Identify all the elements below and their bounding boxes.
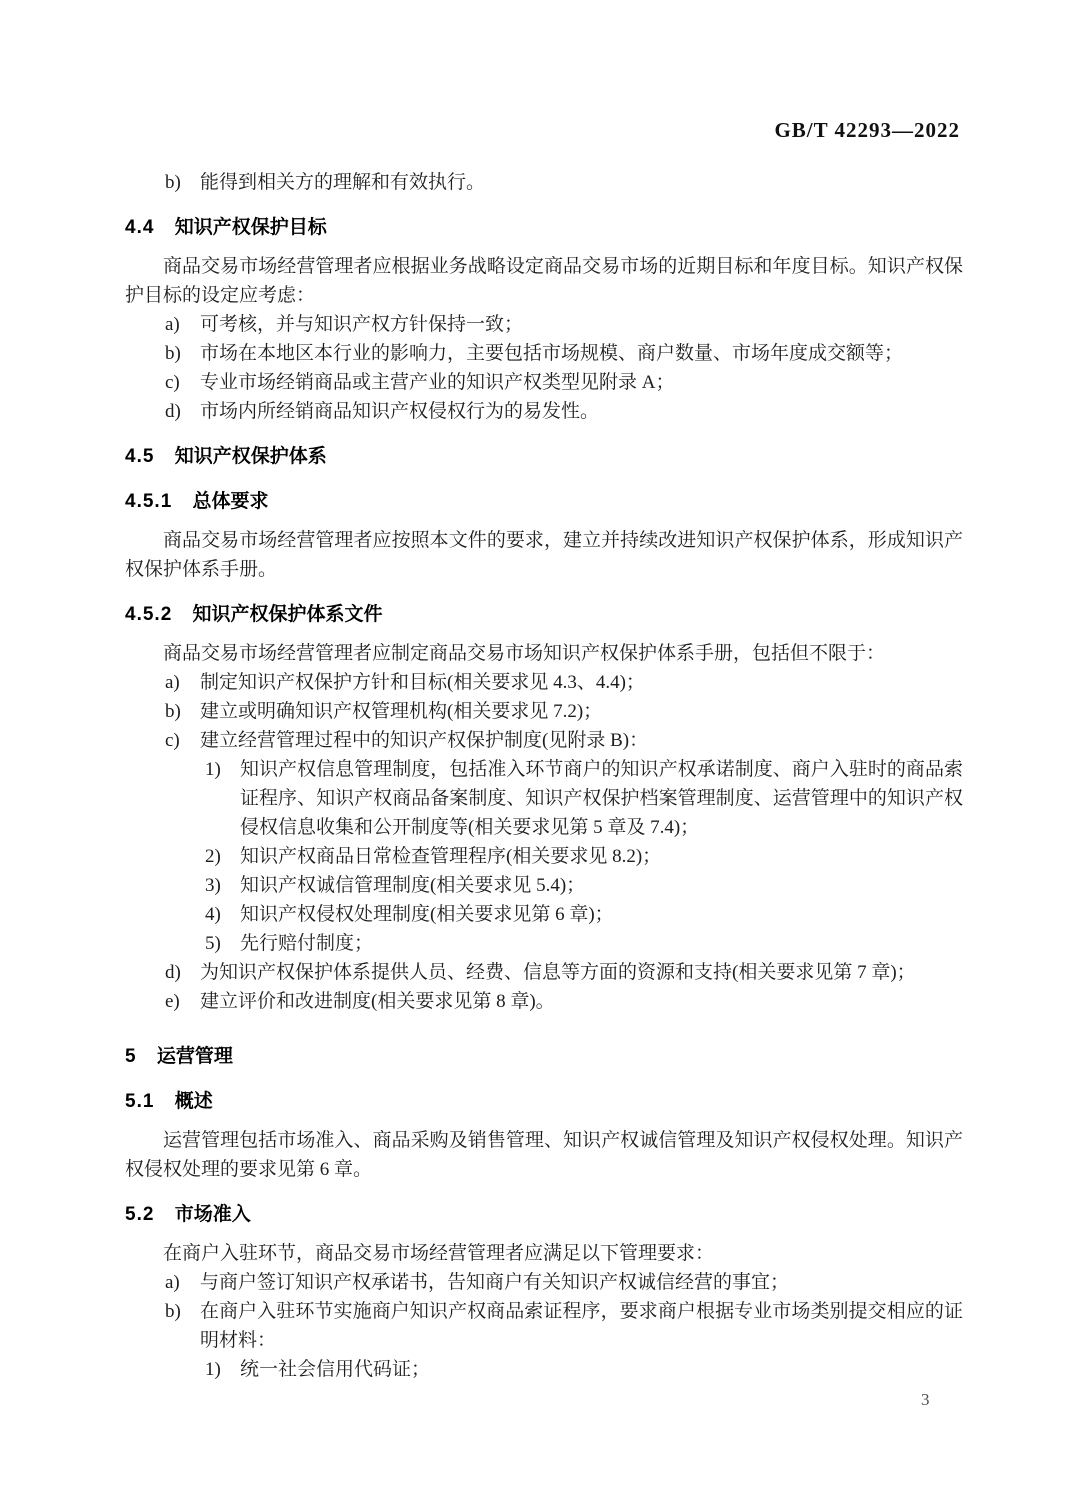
list-item-text: 在商户入驻环节实施商户知识产权商品索证程序，要求商户根据专业市场类别提交相应的证… — [200, 1297, 963, 1355]
list-marker: e) — [125, 987, 200, 1016]
page-body: b) 能得到相关方的理解和有效执行。 4.4 知识产权保护目标 商品交易市场经营… — [125, 168, 963, 1384]
list-item: c) 专业市场经销商品或主营产业的知识产权类型见附录 A； — [125, 368, 963, 397]
section-number: 4.4 — [125, 217, 154, 238]
list-item-text: 统一社会信用代码证； — [240, 1355, 963, 1384]
section-title: 知识产权保护体系 — [175, 446, 327, 467]
sub-list-item: 1) 统一社会信用代码证； — [125, 1355, 963, 1384]
list-item: b) 能得到相关方的理解和有效执行。 — [125, 168, 963, 197]
list-item-text: 专业市场经销商品或主营产业的知识产权类型见附录 A； — [200, 368, 963, 397]
list-marker: 1) — [125, 1355, 240, 1384]
list-marker: d) — [125, 958, 200, 987]
paragraph: 商品交易市场经营管理者应制定商品交易市场知识产权保护体系手册，包括但不限于： — [125, 639, 963, 668]
list-item: b) 建立或明确知识产权管理机构(相关要求见 7.2)； — [125, 697, 963, 726]
list-item: b) 市场在本地区本行业的影响力，主要包括市场规模、商户数量、市场年度成交额等； — [125, 339, 963, 368]
list-item-text: 市场在本地区本行业的影响力，主要包括市场规模、商户数量、市场年度成交额等； — [200, 339, 963, 368]
document-page: GB/T 42293—2022 b) 能得到相关方的理解和有效执行。 4.4 知… — [0, 0, 1070, 1511]
section-heading-5-1: 5.1 概述 — [125, 1087, 963, 1116]
section-title: 市场准入 — [175, 1204, 251, 1225]
list-marker: 2) — [125, 842, 240, 871]
list-item-text: 能得到相关方的理解和有效执行。 — [200, 168, 963, 197]
list-item: a) 可考核，并与知识产权方针保持一致； — [125, 310, 963, 339]
list-item-text: 市场内所经销商品知识产权侵权行为的易发性。 — [200, 397, 963, 426]
list-marker: a) — [125, 668, 200, 697]
section-title: 运营管理 — [157, 1046, 233, 1067]
list-marker: b) — [125, 1297, 200, 1355]
section-number: 5.1 — [125, 1091, 154, 1112]
section-heading-4-4: 4.4 知识产权保护目标 — [125, 213, 963, 242]
list-item-text: 与商户签订知识产权承诺书，告知商户有关知识产权诚信经营的事宜； — [200, 1268, 963, 1297]
list-marker: c) — [125, 368, 200, 397]
section-number: 4.5.2 — [125, 604, 172, 625]
sub-list-item: 4) 知识产权侵权处理制度(相关要求见第 6 章)； — [125, 900, 963, 929]
section-heading-5-2: 5.2 市场准入 — [125, 1200, 963, 1229]
list-marker: 5) — [125, 929, 240, 958]
list-item-text: 知识产权信息管理制度，包括准入环节商户的知识产权承诺制度、商户入驻时的商品索证程… — [240, 755, 963, 842]
list-item: d) 为知识产权保护体系提供人员、经费、信息等方面的资源和支持(相关要求见第 7… — [125, 958, 963, 987]
list-item-text: 建立或明确知识产权管理机构(相关要求见 7.2)； — [200, 697, 963, 726]
sub-list-item: 1) 知识产权信息管理制度，包括准入环节商户的知识产权承诺制度、商户入驻时的商品… — [125, 755, 963, 842]
standard-number: GB/T 42293—2022 — [774, 118, 960, 143]
list-item-text: 先行赔付制度； — [240, 929, 963, 958]
list-marker: d) — [125, 397, 200, 426]
section-heading-4-5-2: 4.5.2 知识产权保护体系文件 — [125, 600, 963, 629]
list-marker: b) — [125, 697, 200, 726]
list-marker: a) — [125, 1268, 200, 1297]
section-number: 5 — [125, 1046, 137, 1067]
list-marker: 4) — [125, 900, 240, 929]
list-marker: 1) — [125, 755, 240, 842]
list-item-text: 制定知识产权保护方针和目标(相关要求见 4.3、4.4)； — [200, 668, 963, 697]
list-item-text: 可考核，并与知识产权方针保持一致； — [200, 310, 963, 339]
paragraph: 商品交易市场经营管理者应按照本文件的要求，建立并持续改进知识产权保护体系，形成知… — [125, 526, 963, 584]
list-item-text: 建立经营管理过程中的知识产权保护制度(见附录 B)： — [200, 726, 963, 755]
list-item-text: 建立评价和改进制度(相关要求见第 8 章)。 — [200, 987, 963, 1016]
list-item: a) 制定知识产权保护方针和目标(相关要求见 4.3、4.4)； — [125, 668, 963, 697]
chapter-heading-5: 5 运营管理 — [125, 1042, 963, 1071]
list-marker: b) — [125, 168, 200, 197]
paragraph: 运营管理包括市场准入、商品采购及销售管理、知识产权诚信管理及知识产权侵权处理。知… — [125, 1126, 963, 1184]
list-item-text: 知识产权诚信管理制度(相关要求见 5.4)； — [240, 871, 963, 900]
list-item-text: 知识产权商品日常检查管理程序(相关要求见 8.2)； — [240, 842, 963, 871]
section-heading-4-5-1: 4.5.1 总体要求 — [125, 487, 963, 516]
section-number: 4.5.1 — [125, 491, 172, 512]
sub-list-item: 2) 知识产权商品日常检查管理程序(相关要求见 8.2)； — [125, 842, 963, 871]
list-item: a) 与商户签订知识产权承诺书，告知商户有关知识产权诚信经营的事宜； — [125, 1268, 963, 1297]
list-item: b) 在商户入驻环节实施商户知识产权商品索证程序，要求商户根据专业市场类别提交相… — [125, 1297, 963, 1355]
section-heading-4-5: 4.5 知识产权保护体系 — [125, 442, 963, 471]
section-title: 概述 — [175, 1091, 213, 1112]
list-item: c) 建立经营管理过程中的知识产权保护制度(见附录 B)： — [125, 726, 963, 755]
list-marker: 3) — [125, 871, 240, 900]
list-marker: b) — [125, 339, 200, 368]
section-title: 知识产权保护体系文件 — [193, 604, 383, 625]
section-number: 5.2 — [125, 1204, 154, 1225]
paragraph: 商品交易市场经营管理者应根据业务战略设定商品交易市场的近期目标和年度目标。知识产… — [125, 252, 963, 310]
list-marker: a) — [125, 310, 200, 339]
page-number: 3 — [921, 1390, 930, 1410]
list-marker: c) — [125, 726, 200, 755]
sub-list-item: 3) 知识产权诚信管理制度(相关要求见 5.4)； — [125, 871, 963, 900]
list-item: e) 建立评价和改进制度(相关要求见第 8 章)。 — [125, 987, 963, 1016]
section-number: 4.5 — [125, 446, 154, 467]
section-title: 总体要求 — [193, 491, 269, 512]
list-item-text: 为知识产权保护体系提供人员、经费、信息等方面的资源和支持(相关要求见第 7 章)… — [200, 958, 963, 987]
list-item: d) 市场内所经销商品知识产权侵权行为的易发性。 — [125, 397, 963, 426]
sub-list-item: 5) 先行赔付制度； — [125, 929, 963, 958]
section-title: 知识产权保护目标 — [175, 217, 327, 238]
list-item-text: 知识产权侵权处理制度(相关要求见第 6 章)； — [240, 900, 963, 929]
paragraph: 在商户入驻环节，商品交易市场经营管理者应满足以下管理要求： — [125, 1239, 963, 1268]
